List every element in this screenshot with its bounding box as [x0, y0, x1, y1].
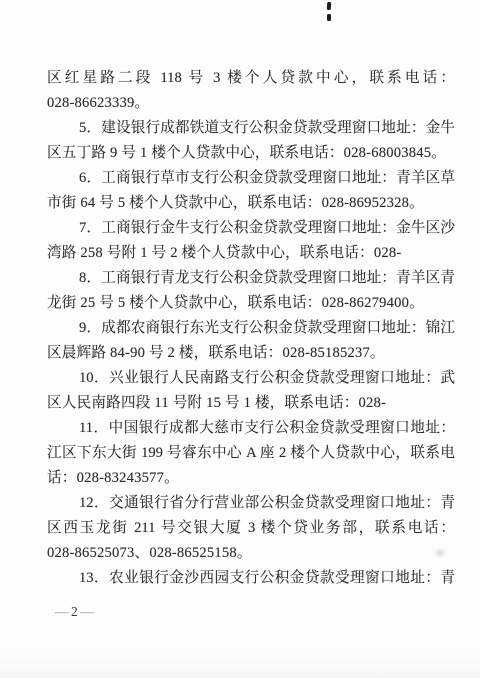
scan-smudge — [436, 550, 444, 556]
body-text-line: 10．兴业银行人民南路支行公积金贷款受理窗口地址：武侯 — [47, 366, 455, 391]
body-text-line: 7．工商银行金牛支行公积金贷款受理窗口地址：金牛区沙 — [47, 216, 455, 241]
document-page: 区红星路二段 118 号 3 楼个人贷款中心，联系电话： 028-8662333… — [0, 0, 480, 678]
page-number: —2— — [55, 604, 94, 620]
body-text-line: 区晨辉路 84-90 号 2 楼，联系电话：028-85185237。 — [47, 341, 455, 366]
body-text-line: 13．农业银行金沙西园支行公积金贷款受理窗口地址：青羊 — [47, 566, 455, 591]
body-text-line: 区人民南路四段 11 号附 15 号 1 楼，联系电话：028-86521535… — [47, 391, 455, 416]
body-text-line: 6．工商银行草市支行公积金贷款受理窗口地址：青羊区草 — [47, 166, 455, 191]
body-text-line: 湾路 258 号附 1 号 2 楼个人贷款中心，联系电话：028-8765850… — [47, 241, 455, 266]
page-number-left-dash: — — [55, 604, 69, 619]
body-text-line: 9．成都农商银行东光支行公积金贷款受理窗口地址：锦江 — [47, 316, 455, 341]
body-text-line: 028-86525073、028-86525158。 — [47, 541, 455, 566]
document-body: 区红星路二段 118 号 3 楼个人贷款中心，联系电话： 028-8662333… — [47, 66, 455, 591]
page-number-right-dash: — — [80, 604, 94, 619]
body-text-line: 8．工商银行青龙支行公积金贷款受理窗口地址：青羊区青 — [47, 266, 455, 291]
body-text-line: 12．交通银行省分行营业部公积金贷款受理窗口地址：青羊 — [47, 491, 455, 516]
body-text-line: 龙街 25 号 5 楼个人贷款中心，联系电话：028-86279400。 — [47, 291, 455, 316]
page-number-value: 2 — [69, 604, 80, 619]
body-text-line: 11．中国银行成都大慈市支行公积金贷款受理窗口地址：锦 — [47, 416, 455, 441]
ink-dot-upper-icon — [327, 2, 331, 10]
body-text-line: 028-86623339。 — [47, 91, 455, 116]
body-text-line: 话：028-83243577。 — [47, 466, 455, 491]
ink-dot-lower-icon — [327, 14, 331, 21]
body-text-line: 市街 64 号 5 楼个人贷款中心，联系电话：028-86952328。 — [47, 191, 455, 216]
body-text-line: 区红星路二段 118 号 3 楼个人贷款中心，联系电话： — [47, 66, 455, 91]
body-text-line: 江区下东大街 199 号睿东中心 A 座 2 楼个人贷款中心，联系电 — [47, 441, 455, 466]
body-text-line: 区五丁路 9 号 1 楼个人贷款中心，联系电话：028-68003845。 — [47, 141, 455, 166]
body-text-line: 5．建设银行成都铁道支行公积金贷款受理窗口地址：金牛 — [47, 116, 455, 141]
body-text-line: 区西玉龙街 211 号交银大厦 3 楼个贷业务部，联系电话： — [47, 516, 455, 541]
